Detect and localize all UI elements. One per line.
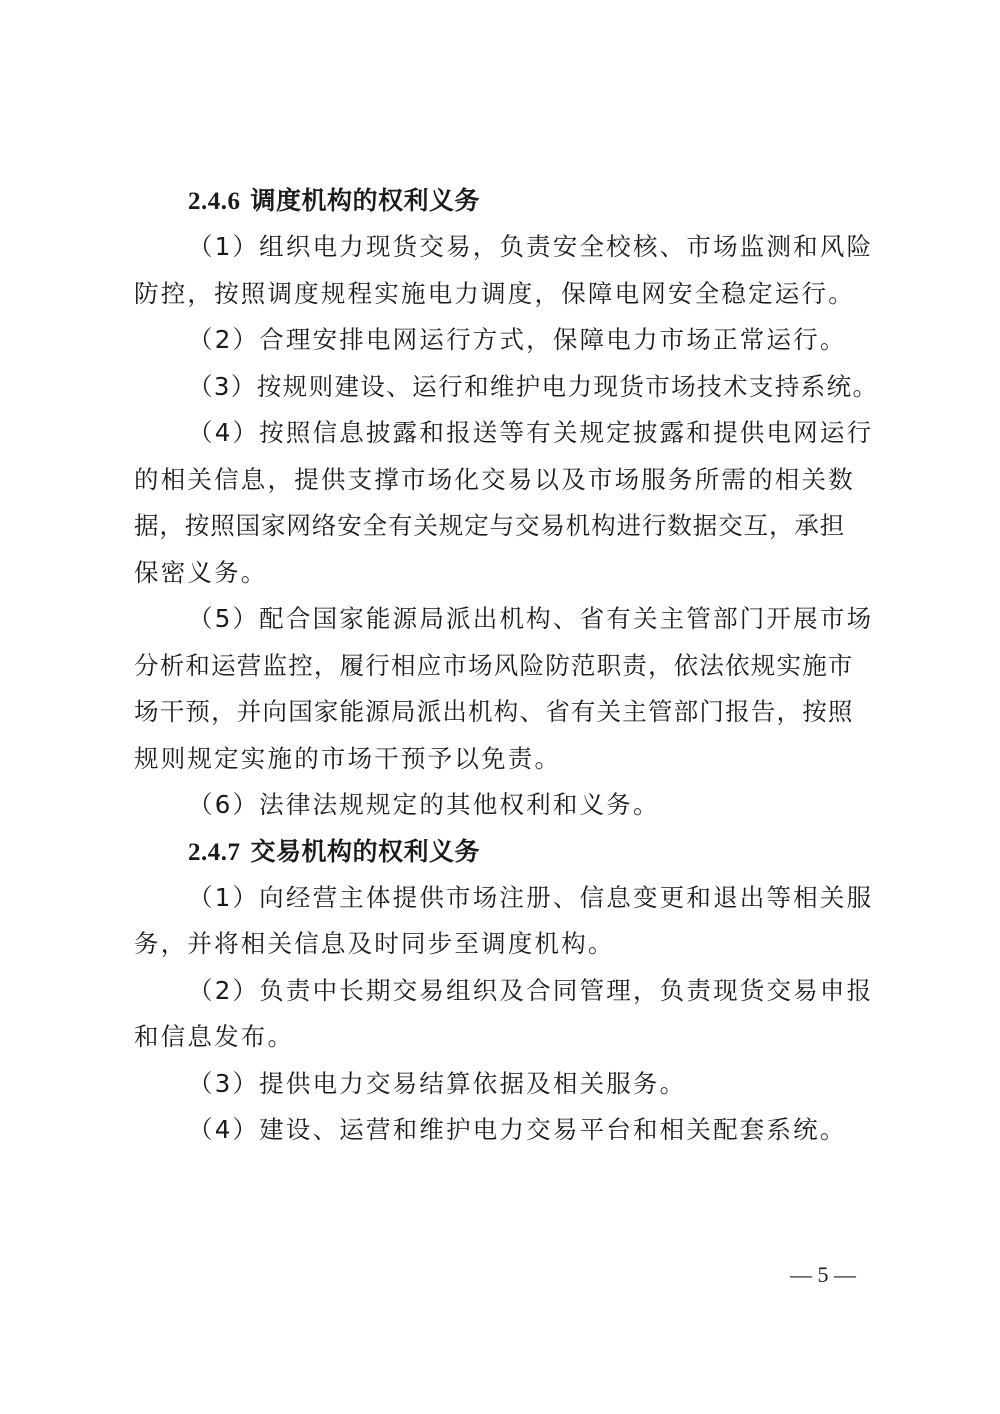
text-line: （3）按规则建设、运行和维护电力现货市场技术支持系统。 [134,364,880,411]
text-line: （3）提供电力交易结算依据及相关服务。 [134,1061,880,1108]
text-line: 保密义务。 [134,550,880,597]
text-line: （6）法律法规规定的其他权利和义务。 [134,782,880,829]
section-title: 交易机构的权利义务 [251,837,481,866]
document-page: 2.4.6调度机构的权利义务 （1）组织电力现货交易，负责安全校核、市场监测和风… [134,178,880,1154]
list-item: （1）向经营主体提供市场注册、信息变更和退出等相关服 务，并将相关信息及时同步至… [134,875,880,968]
text-line: （4）按照信息披露和报送等有关规定披露和提供电网运行 [134,410,880,457]
text-line: （1）组织电力现货交易，负责安全校核、市场监测和风险 [134,224,880,271]
list-item: （6）法律法规规定的其他权利和义务。 [134,782,880,829]
text-line: 和信息发布。 [134,1014,880,1061]
list-item: （2）合理安排电网运行方式，保障电力市场正常运行。 [134,317,880,364]
text-line: 的相关信息，提供支撑市场化交易以及市场服务所需的相关数 [134,457,880,504]
text-line: （4）建设、运营和维护电力交易平台和相关配套系统。 [134,1107,880,1154]
text-line: （2）合理安排电网运行方式，保障电力市场正常运行。 [134,317,880,364]
text-line: 据，按照国家网络安全有关规定与交易机构进行数据交互，承担 [134,503,880,550]
section-title: 调度机构的权利义务 [251,186,481,215]
text-line: （5）配合国家能源局派出机构、省有关主管部门开展市场 [134,596,880,643]
section-number: 2.4.7 [188,839,241,866]
list-item: （4）建设、运营和维护电力交易平台和相关配套系统。 [134,1107,880,1154]
text-line: 分析和运营监控，履行相应市场风险防范职责，依法依规实施市 [134,643,880,690]
text-line: 场干预，并向国家能源局派出机构、省有关主管部门报告，按照 [134,689,880,736]
section-heading-2-4-6: 2.4.6调度机构的权利义务 [134,178,880,224]
list-item: （2）负责中长期交易组织及合同管理，负责现货交易申报 和信息发布。 [134,968,880,1061]
list-item: （5）配合国家能源局派出机构、省有关主管部门开展市场 分析和运营监控，履行相应市… [134,596,880,782]
list-item: （1）组织电力现货交易，负责安全校核、市场监测和风险 防控，按照调度规程实施电力… [134,224,880,317]
list-item: （4）按照信息披露和报送等有关规定披露和提供电网运行 的相关信息，提供支撑市场化… [134,410,880,596]
list-item: （3）提供电力交易结算依据及相关服务。 [134,1061,880,1108]
section-number: 2.4.6 [188,188,241,215]
text-line: 规则规定实施的市场干预予以免责。 [134,736,880,783]
list-item: （3）按规则建设、运行和维护电力现货市场技术支持系统。 [134,364,880,411]
text-line: （2）负责中长期交易组织及合同管理，负责现货交易申报 [134,968,880,1015]
page-number: — 5 — [790,1262,856,1288]
section-heading-2-4-7: 2.4.7交易机构的权利义务 [134,829,880,875]
text-line: 务，并将相关信息及时同步至调度机构。 [134,921,880,968]
text-line: （1）向经营主体提供市场注册、信息变更和退出等相关服 [134,875,880,922]
text-line: 防控，按照调度规程实施电力调度，保障电网安全稳定运行。 [134,271,880,318]
